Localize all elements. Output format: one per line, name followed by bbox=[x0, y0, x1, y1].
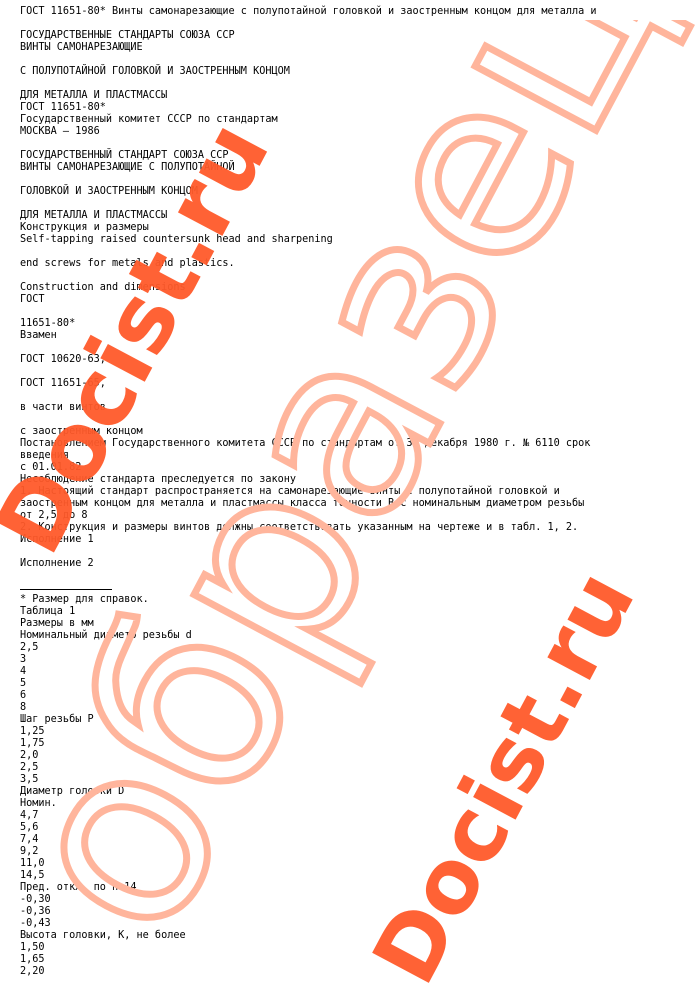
body-line: 1. Настоящий стандарт распространяется н… bbox=[20, 486, 690, 498]
table-line: 3,5 bbox=[20, 774, 690, 786]
table-line: 6 bbox=[20, 690, 690, 702]
table-line: Пред. откл. по h 14 bbox=[20, 882, 690, 894]
title-line: Взамен bbox=[20, 330, 690, 342]
table-line: 9,2 bbox=[20, 846, 690, 858]
table-line: 3 bbox=[20, 654, 690, 666]
table-line: 1,65 bbox=[20, 954, 690, 966]
title-line: в части винтов bbox=[20, 402, 690, 414]
title-line: ГОЛОВКОЙ И ЗАОСТРЕННЫМ КОНЦОМ bbox=[20, 186, 690, 198]
body-text: с заостренным концомПостановлением Госуд… bbox=[20, 426, 690, 546]
table-line: 1,75 bbox=[20, 738, 690, 750]
table-line: 2,5 bbox=[20, 642, 690, 654]
document-body: ГОСТ 11651-80* Винты самонарезающие с по… bbox=[20, 6, 690, 978]
body-line: от 2,5 до 8 bbox=[20, 510, 690, 522]
title-line: Государственный комитет СССР по стандарт… bbox=[20, 114, 690, 126]
table-line: -0,36 bbox=[20, 906, 690, 918]
table-line: 4 bbox=[20, 666, 690, 678]
table-line: 1,50 bbox=[20, 942, 690, 954]
footnote: * Размер для справок. bbox=[20, 594, 690, 606]
title-line: ГОСТ 11651-65, bbox=[20, 378, 690, 390]
table-line: -0,43 bbox=[20, 918, 690, 930]
table-1: Таблица 1Размеры в ммНоминальный диаметр… bbox=[20, 606, 690, 978]
body-line: 2. Конструкция и размеры винтов должны с… bbox=[20, 522, 690, 534]
title-line: ВИНТЫ САМОНАРЕЗАЮЩИЕ bbox=[20, 42, 690, 54]
title-line: ГОСУДАРСТВЕННЫЕ СТАНДАРТЫ СОЮЗА ССР bbox=[20, 30, 690, 42]
body-line: Исполнение 1 bbox=[20, 534, 690, 546]
table-line: Диаметр головки D bbox=[20, 786, 690, 798]
body-line: введения bbox=[20, 450, 690, 462]
table-line: Высота головки, K, не более bbox=[20, 930, 690, 942]
table-line: Шаг резьбы P bbox=[20, 714, 690, 726]
table-line: Номин. bbox=[20, 798, 690, 810]
title-blocks: ГОСУДАРСТВЕННЫЕ СТАНДАРТЫ СОЮЗА ССРВИНТЫ… bbox=[20, 30, 690, 426]
table-line: Номинальный диаметр резьбы d bbox=[20, 630, 690, 642]
table-line: 5 bbox=[20, 678, 690, 690]
title-line: ГОСТ 11651-80* bbox=[20, 102, 690, 114]
title-line: ДЛЯ МЕТАЛЛА И ПЛАСТМАССЫ bbox=[20, 90, 690, 102]
body-line: Постановлением Государственного комитета… bbox=[20, 438, 690, 450]
table-line: 1,25 bbox=[20, 726, 690, 738]
title-line: ВИНТЫ САМОНАРЕЗАЮЩИЕ С ПОЛУПОТАЙНОЙ bbox=[20, 162, 690, 174]
table-line: Размеры в мм bbox=[20, 618, 690, 630]
table-line: -0,30 bbox=[20, 894, 690, 906]
title-line: ГОСУДАРСТВЕННЫЙ СТАНДАРТ СОЮЗА ССР bbox=[20, 150, 690, 162]
table-line: 14,5 bbox=[20, 870, 690, 882]
table-line: 2,20 bbox=[20, 966, 690, 978]
table-line: 2,0 bbox=[20, 750, 690, 762]
title-line: ДЛЯ МЕТАЛЛА И ПЛАСТМАССЫ bbox=[20, 210, 690, 222]
table-line: 4,7 bbox=[20, 810, 690, 822]
title-line: ГОСТ 10620-63, bbox=[20, 354, 690, 366]
table-line: 7,4 bbox=[20, 834, 690, 846]
body-line: Несоблюдение стандарта преследуется по з… bbox=[20, 474, 690, 486]
table-line: Таблица 1 bbox=[20, 606, 690, 618]
table-line: 5,6 bbox=[20, 822, 690, 834]
title-line: С ПОЛУПОТАЙНОЙ ГОЛОВКОЙ И ЗАОСТРЕННЫМ КО… bbox=[20, 66, 690, 78]
title-line: Construction and dimensions bbox=[20, 282, 690, 294]
table-line: 11,0 bbox=[20, 858, 690, 870]
title-line: МОСКВА — 1986 bbox=[20, 126, 690, 138]
title-line: Self-tapping raised countersunk head and… bbox=[20, 234, 690, 246]
table-line: 8 bbox=[20, 702, 690, 714]
body-line: с 01.01.82 bbox=[20, 462, 690, 474]
body-line: заостренным концом для металла и пластма… bbox=[20, 498, 690, 510]
execution-2-label: Исполнение 2 bbox=[20, 558, 690, 570]
body-line: с заостренным концом bbox=[20, 426, 690, 438]
header-line: ГОСТ 11651-80* Винты самонарезающие с по… bbox=[20, 6, 690, 18]
table-line: 2,5 bbox=[20, 762, 690, 774]
title-line: Конструкция и размеры bbox=[20, 222, 690, 234]
title-line: ГОСТ bbox=[20, 294, 690, 306]
title-line: 11651-80* bbox=[20, 318, 690, 330]
title-line: end screws for metals and plastics. bbox=[20, 258, 690, 270]
